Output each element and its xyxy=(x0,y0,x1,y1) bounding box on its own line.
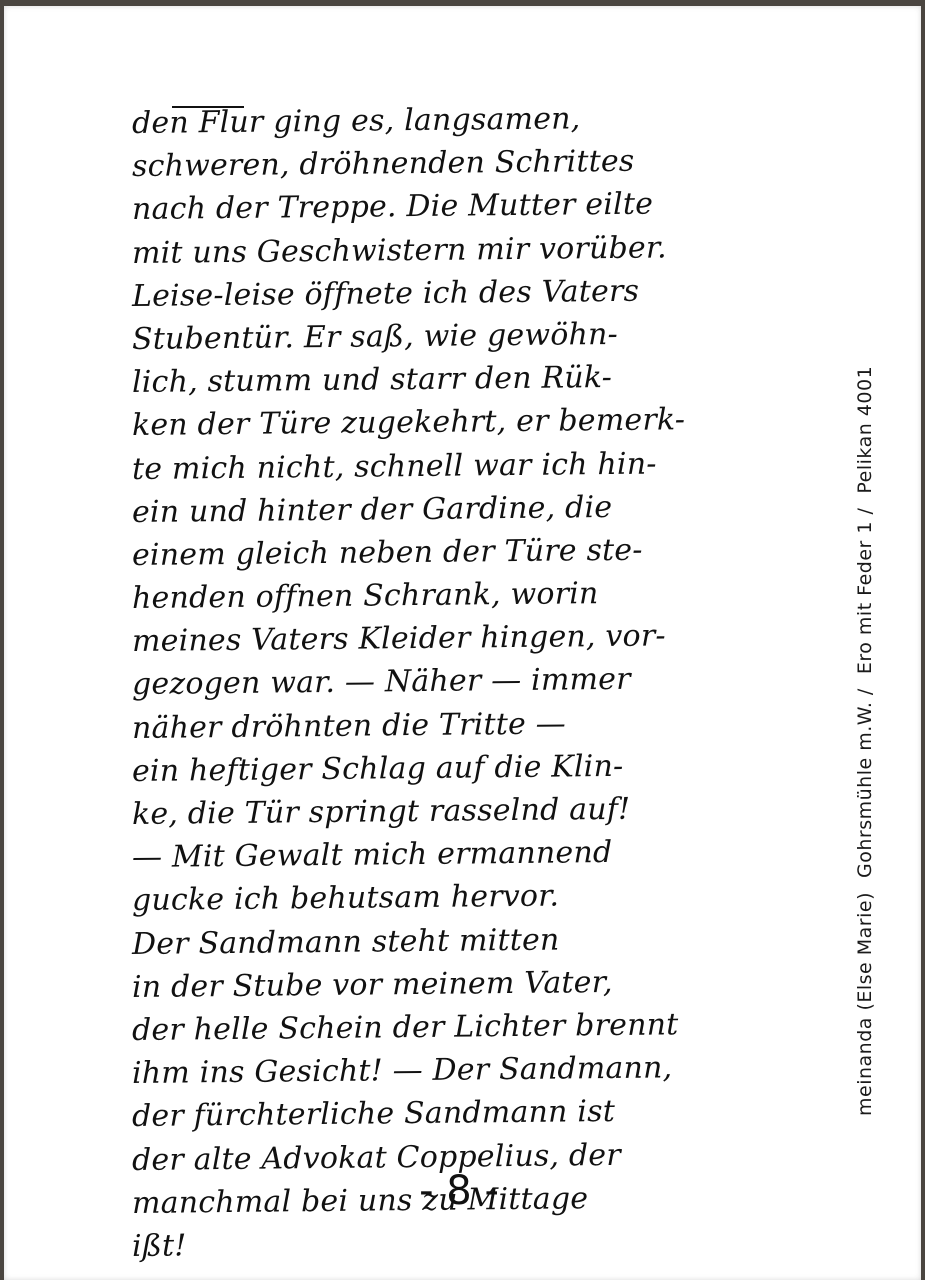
text-line: ken der Türe zugekehrt, er bemerk- xyxy=(132,397,804,447)
text-line: ißt! xyxy=(132,1218,804,1268)
text-line: lich, stumm und starr den Rük- xyxy=(132,354,804,404)
text-line: mit uns Geschwistern mir vorüber. xyxy=(132,225,804,275)
handwritten-text-block: den Flur ging es, langsamen, schweren, d… xyxy=(132,102,804,1268)
text-line: te mich nicht, schnell war ich hin- xyxy=(132,440,804,490)
text-line: der helle Schein der Lichter brennt xyxy=(132,1002,804,1052)
text-line: — Mit Gewalt mich ermannend xyxy=(132,829,804,879)
text-line: gucke ich behutsam hervor. xyxy=(132,872,804,922)
margin-note-pen: Ero mit Feder 1 / xyxy=(854,508,876,675)
margin-note-ink: Pelikan 4001 xyxy=(854,366,876,494)
text-line: meines Vaters Kleider hingen, vor- xyxy=(132,613,804,663)
text-line: ein heftiger Schlag auf die Klin- xyxy=(132,743,804,793)
text-line: Der Sandmann steht mitten xyxy=(132,916,804,966)
text-line: der fürchterliche Sandmann ist xyxy=(132,1088,804,1138)
text-line: Leise-leise öffnete ich des Vaters xyxy=(132,268,804,318)
margin-note-paper: Gohrsmühle m.W. / xyxy=(854,688,876,878)
margin-note-author: meinanda (Else Marie) xyxy=(854,892,876,1116)
page-number: - 8 - xyxy=(404,1168,514,1214)
manuscript-page: den Flur ging es, langsamen, schweren, d… xyxy=(4,6,921,1280)
text-line: ihm ins Gesicht! — Der Sandmann, xyxy=(132,1045,804,1095)
text-line: näher dröhnten die Tritte — xyxy=(132,700,804,750)
text-line: ein und hinter der Gardine, die xyxy=(132,484,804,534)
text-line: den Flur ging es, langsamen, xyxy=(132,95,804,145)
text-line: gezogen war. — Näher — immer xyxy=(132,656,804,706)
text-line: ke, die Tür springt rasselnd auf! xyxy=(132,786,804,836)
text-line: nach der Treppe. Die Mutter eilte xyxy=(132,181,804,231)
text-line: henden offnen Schrank, worin xyxy=(132,570,804,620)
text-line: Stubentür. Er saß, wie gewöhn- xyxy=(132,311,804,361)
text-line: in der Stube vor meinem Vater, xyxy=(132,959,804,1009)
text-line: einem gleich neben der Türe ste- xyxy=(132,527,804,577)
text-line: schweren, dröhnenden Schrittes xyxy=(132,138,804,188)
margin-note: meinanda (Else Marie)Gohrsmühle m.W. /Er… xyxy=(854,352,876,1116)
